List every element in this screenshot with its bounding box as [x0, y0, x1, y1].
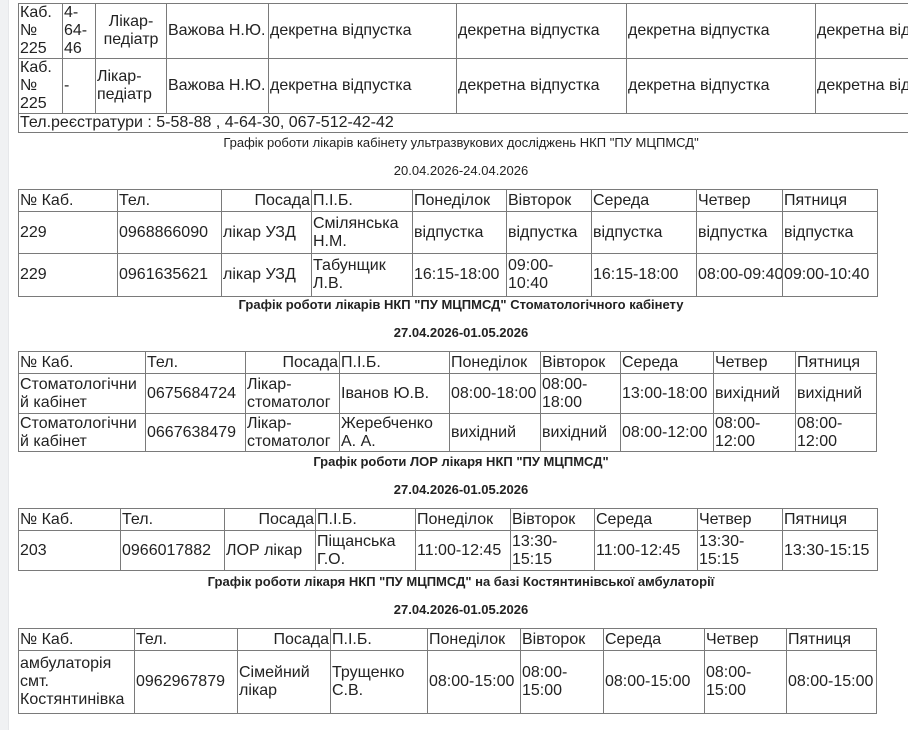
ambulatory-title: Графік роботи лікаря НКП "ПУ МЦПМСД" на …: [18, 574, 904, 590]
thu-cell: відпустка: [697, 212, 783, 254]
header-cabinet: № Каб.: [19, 509, 121, 531]
dental-schedule-table: № Каб. Тел. Посада П.І.Б. Понеділок Вівт…: [18, 351, 877, 452]
header-mon: Понеділок: [413, 190, 507, 212]
phone-cell: -: [63, 59, 96, 114]
day-cell: декретна відпустка: [457, 59, 627, 114]
lor-schedule-table: № Каб. Тел. Посада П.І.Б. Понеділок Вівт…: [18, 508, 878, 571]
phone-cell: 0968866090: [118, 212, 222, 254]
header-fri: Пятниця: [783, 190, 878, 212]
header-tue: Вівторок: [521, 629, 604, 651]
registry-row: Тел.реєстратури : 5-58-88 , 4-64-30, 067…: [19, 114, 917, 133]
phone-cell: 0961635621: [118, 254, 222, 297]
lor-period: 27.04.2026-01.05.2026: [18, 482, 904, 498]
header-mon: Понеділок: [450, 352, 541, 374]
thu-cell: 08:00-15:00: [705, 651, 787, 714]
header-cabinet: № Каб.: [19, 629, 135, 651]
mon-cell: 08:00-18:00: [450, 374, 541, 414]
header-cabinet: № Каб.: [19, 190, 118, 212]
thu-cell: 08:00-12:00: [714, 414, 796, 452]
name-cell: Смілянська Н.М.: [312, 212, 413, 254]
table-header-row: № Каб. Тел. Посада П.І.Б. Понеділок Вівт…: [19, 352, 877, 374]
dental-title: Графік роботи лікарів НКП "ПУ МЦПМСД" Ст…: [18, 297, 904, 313]
fri-cell: 08:00-15:00: [787, 651, 877, 714]
cabinet-cell: Стоматологічний кабінет: [19, 374, 146, 414]
usd-title: Графік роботи лікарів кабінету ультразву…: [18, 135, 904, 151]
mon-cell: 11:00-12:45: [416, 531, 511, 571]
day-cell: декретна відпустка: [627, 4, 816, 59]
wed-cell: 08:00-15:00: [604, 651, 705, 714]
header-thu: Четвер: [698, 509, 783, 531]
mon-cell: 08:00-15:00: [428, 651, 521, 714]
tue-cell: 13:30-15:15: [511, 531, 595, 571]
position-cell: лікар УЗД: [222, 212, 312, 254]
header-phone: Тел.: [146, 352, 246, 374]
header-phone: Тел.: [135, 629, 238, 651]
phone-cell: 0675684724: [146, 374, 246, 414]
cabinet-cell: 203: [19, 531, 121, 571]
thu-cell: 08:00-09:40: [697, 254, 783, 297]
wed-cell: 13:00-18:00: [621, 374, 714, 414]
header-name: П.І.Б.: [331, 629, 428, 651]
fri-cell: вихідний: [796, 374, 877, 414]
name-cell: Іванов Ю.В.: [340, 374, 450, 414]
name-cell: Піщанська Г.О.: [316, 531, 416, 571]
position-cell: лікар УЗД: [222, 254, 312, 297]
header-name: П.І.Б.: [340, 352, 450, 374]
wed-cell: 16:15-18:00: [592, 254, 697, 297]
phone-cell: 4-64-46: [63, 4, 96, 59]
fri-cell: відпустка: [783, 212, 878, 254]
day-cell: декретна відпустка: [269, 4, 457, 59]
ambulatory-schedule-table: № Каб. Тел. Посада П.І.Б. Понеділок Вівт…: [18, 628, 877, 714]
position-cell: Лікар-педіатр: [96, 59, 167, 114]
phone-cell: 0966017882: [121, 531, 225, 571]
day-cell: декретна відпустка: [816, 4, 917, 59]
header-position: Посада: [225, 509, 316, 531]
header-mon: Понеділок: [416, 509, 511, 531]
fri-cell: 13:30-15:15: [783, 531, 878, 571]
page-left-gutter: [0, 0, 9, 730]
phone-cell: 0667638479: [146, 414, 246, 452]
table-row: Стоматологічний кабінет 0667638479 Лікар…: [19, 414, 877, 452]
mon-cell: 16:15-18:00: [413, 254, 507, 297]
name-cell: Трущенко С.В.: [331, 651, 428, 714]
header-phone: Тел.: [121, 509, 225, 531]
header-phone: Тел.: [118, 190, 222, 212]
header-mon: Понеділок: [428, 629, 521, 651]
cabinet-cell: Стоматологічний кабінет: [19, 414, 146, 452]
thu-cell: вихідний: [714, 374, 796, 414]
header-fri: Пятниця: [796, 352, 877, 374]
header-thu: Четвер: [705, 629, 787, 651]
usd-period: 20.04.2026-24.04.2026: [18, 163, 904, 179]
header-tue: Вівторок: [507, 190, 592, 212]
header-position: Посада: [238, 629, 331, 651]
dental-period: 27.04.2026-01.05.2026: [18, 325, 904, 341]
mon-cell: відпустка: [413, 212, 507, 254]
name-cell: Важова Н.Ю.: [167, 59, 269, 114]
ambulatory-period: 27.04.2026-01.05.2026: [18, 602, 904, 618]
header-name: П.І.Б.: [316, 509, 416, 531]
wed-cell: відпустка: [592, 212, 697, 254]
tue-cell: 08:00-18:00: [541, 374, 621, 414]
header-tue: Вівторок: [511, 509, 595, 531]
header-wed: Середа: [592, 190, 697, 212]
day-cell: декретна відпустка: [269, 59, 457, 114]
mon-cell: вихідний: [450, 414, 541, 452]
position-cell: Лікар-стоматолог: [246, 374, 340, 414]
header-fri: Пятниця: [787, 629, 877, 651]
table-row: амбулаторія смт. Костянтинівка 096296787…: [19, 651, 877, 714]
header-cabinet: № Каб.: [19, 352, 146, 374]
position-cell: Сімейний лікар: [238, 651, 331, 714]
name-cell: Табунщик Л.В.: [312, 254, 413, 297]
viewport-clip: [908, 0, 917, 135]
header-position: Посада: [246, 352, 340, 374]
wed-cell: 08:00-12:00: [621, 414, 714, 452]
name-cell: Важова Н.Ю.: [167, 4, 269, 59]
header-thu: Четвер: [714, 352, 796, 374]
day-cell: декретна відпустка: [627, 59, 816, 114]
header-name: П.І.Б.: [312, 190, 413, 212]
table-row: Каб. № 225 4-64-46 Лікар-педіатр Важова …: [19, 4, 917, 59]
header-wed: Середа: [621, 352, 714, 374]
header-thu: Четвер: [697, 190, 783, 212]
position-cell: Лікар-педіатр: [96, 4, 167, 59]
tue-cell: вихідний: [541, 414, 621, 452]
cabinet-cell: Каб. № 225: [19, 4, 63, 59]
name-cell: Жеребченко А. А.: [340, 414, 450, 452]
day-cell: декретна відпустка: [816, 59, 917, 114]
thu-cell: 13:30-15:15: [698, 531, 783, 571]
table-row: Каб. № 225 - Лікар-педіатр Важова Н.Ю. д…: [19, 59, 917, 114]
table-row: Стоматологічний кабінет 0675684724 Лікар…: [19, 374, 877, 414]
cabinet-cell: Каб. № 225: [19, 59, 63, 114]
wed-cell: 11:00-12:45: [595, 531, 698, 571]
header-position: Посада: [222, 190, 312, 212]
cabinet-cell: 229: [19, 254, 118, 297]
phone-cell: 0962967879: [135, 651, 238, 714]
tue-cell: 08:00-15:00: [521, 651, 604, 714]
day-cell: декретна відпустка: [457, 4, 627, 59]
table-row: 229 0968866090 лікар УЗД Смілянська Н.М.…: [19, 212, 878, 254]
pediatric-schedule-table: Каб. № 225 4-64-46 Лікар-педіатр Важова …: [18, 3, 917, 133]
lor-title: Графік роботи ЛОР лікаря НКП "ПУ МЦПМСД": [18, 454, 904, 470]
header-wed: Середа: [595, 509, 698, 531]
table-header-row: № Каб. Тел. Посада П.І.Б. Понеділок Вівт…: [19, 190, 878, 212]
table-header-row: № Каб. Тел. Посада П.І.Б. Понеділок Вівт…: [19, 629, 877, 651]
fri-cell: 09:00-10:40: [783, 254, 878, 297]
table-header-row: № Каб. Тел. Посада П.І.Б. Понеділок Вівт…: [19, 509, 878, 531]
cabinet-cell: 229: [19, 212, 118, 254]
header-fri: Пятниця: [783, 509, 878, 531]
table-row: 203 0966017882 ЛОР лікар Піщанська Г.О. …: [19, 531, 878, 571]
position-cell: Лікар-стоматолог: [246, 414, 340, 452]
header-tue: Вівторок: [541, 352, 621, 374]
position-cell: ЛОР лікар: [225, 531, 316, 571]
table-row: 229 0961635621 лікар УЗД Табунщик Л.В. 1…: [19, 254, 878, 297]
usd-schedule-table: № Каб. Тел. Посада П.І.Б. Понеділок Вівт…: [18, 189, 878, 297]
registry-phones: Тел.реєстратури : 5-58-88 , 4-64-30, 067…: [19, 114, 917, 133]
fri-cell: 08:00-12:00: [796, 414, 877, 452]
tue-cell: відпустка: [507, 212, 592, 254]
header-wed: Середа: [604, 629, 705, 651]
cabinet-cell: амбулаторія смт. Костянтинівка: [19, 651, 135, 714]
tue-cell: 09:00-10:40: [507, 254, 592, 297]
